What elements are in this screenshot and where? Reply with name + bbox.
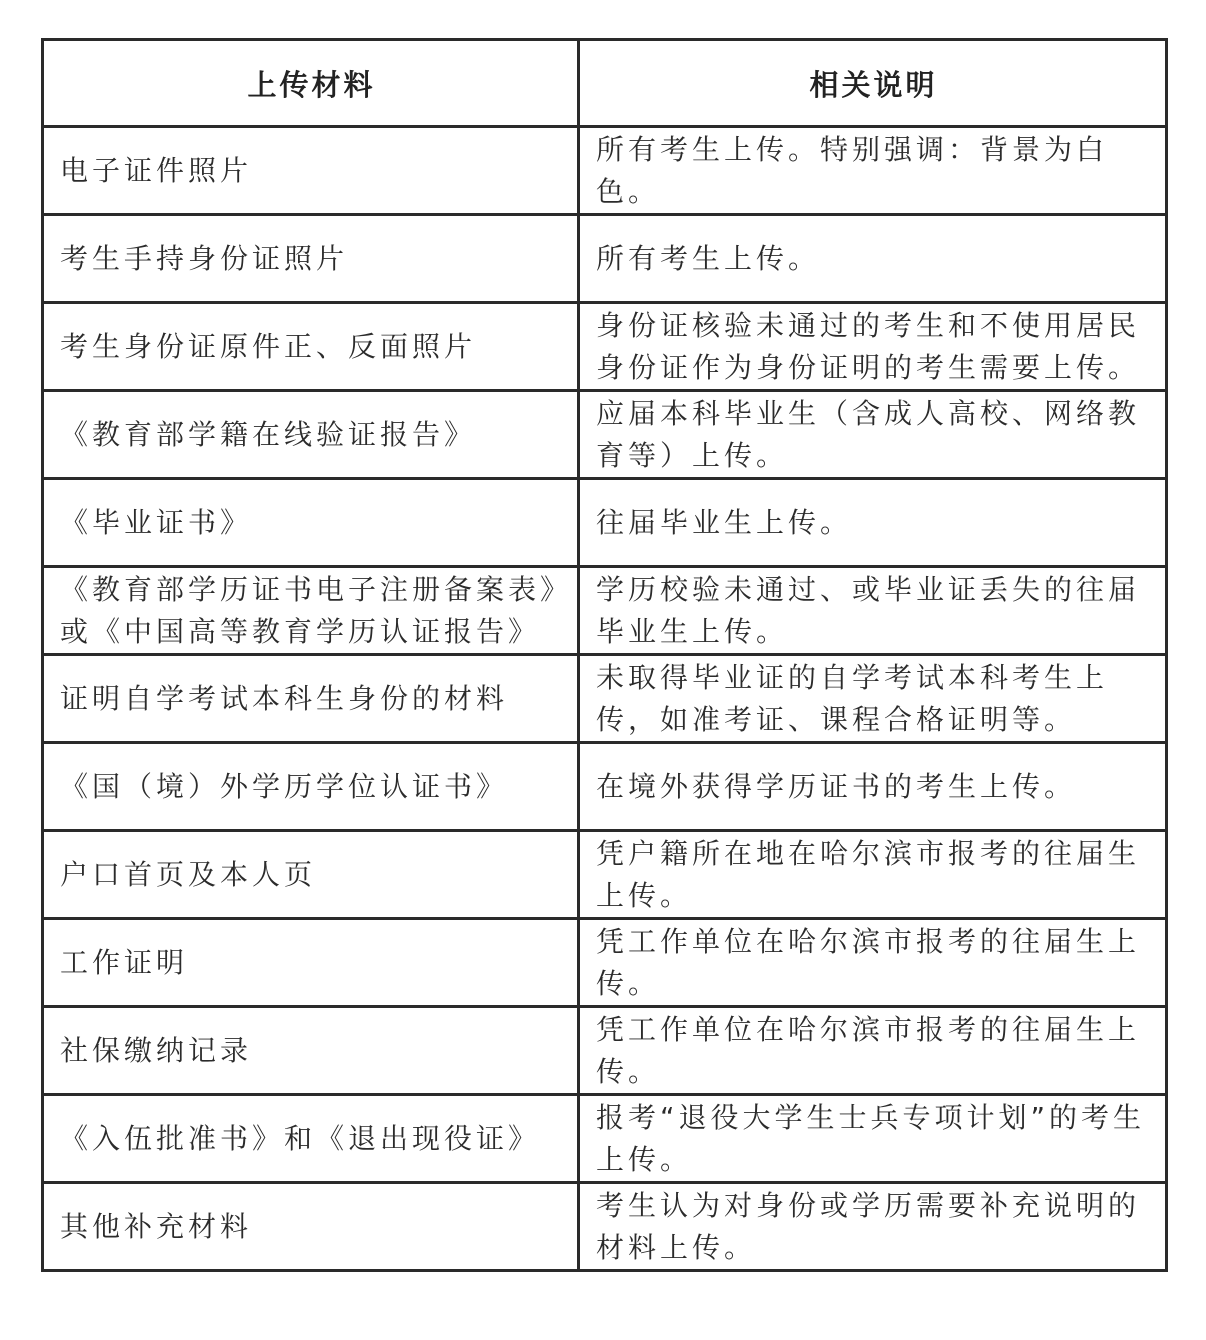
material-cell: 《教育部学历证书电子注册备案表》或《中国高等教育学历认证报告》	[43, 567, 579, 655]
table-row: 《毕业证书》 往届毕业生上传。	[43, 479, 1167, 567]
material-cell: 电子证件照片	[43, 127, 579, 215]
table-row: 《教育部学历证书电子注册备案表》或《中国高等教育学历认证报告》 学历校验未通过、…	[43, 567, 1167, 655]
material-cell: 社保缴纳记录	[43, 1007, 579, 1095]
table-header-row: 上传材料 相关说明	[43, 40, 1167, 127]
note-cell: 身份证核验未通过的考生和不使用居民身份证作为身份证明的考生需要上传。	[579, 303, 1167, 391]
note-cell: 报考“退役大学生士兵专项计划”的考生上传。	[579, 1095, 1167, 1183]
note-cell: 往届毕业生上传。	[579, 479, 1167, 567]
material-cell: 其他补充材料	[43, 1183, 579, 1271]
note-cell: 在境外获得学历证书的考生上传。	[579, 743, 1167, 831]
material-cell: 工作证明	[43, 919, 579, 1007]
material-cell: 证明自学考试本科生身份的材料	[43, 655, 579, 743]
note-cell: 凭户籍所在地在哈尔滨市报考的往届生上传。	[579, 831, 1167, 919]
table-row: 电子证件照片 所有考生上传。特别强调：背景为白色。	[43, 127, 1167, 215]
column-header-material: 上传材料	[43, 40, 579, 127]
note-cell: 所有考生上传。	[579, 215, 1167, 303]
material-cell: 《入伍批准书》和《退出现役证》	[43, 1095, 579, 1183]
table-row: 其他补充材料 考生认为对身份或学历需要补充说明的材料上传。	[43, 1183, 1167, 1271]
material-cell: 户口首页及本人页	[43, 831, 579, 919]
column-header-note: 相关说明	[579, 40, 1167, 127]
note-cell: 凭工作单位在哈尔滨市报考的往届生上传。	[579, 919, 1167, 1007]
material-cell: 《教育部学籍在线验证报告》	[43, 391, 579, 479]
table-row: 考生手持身份证照片 所有考生上传。	[43, 215, 1167, 303]
note-cell: 凭工作单位在哈尔滨市报考的往届生上传。	[579, 1007, 1167, 1095]
material-cell: 考生手持身份证照片	[43, 215, 579, 303]
note-cell: 未取得毕业证的自学考试本科考生上传，如准考证、课程合格证明等。	[579, 655, 1167, 743]
table-row: 考生身份证原件正、反面照片 身份证核验未通过的考生和不使用居民身份证作为身份证明…	[43, 303, 1167, 391]
table-row: 《教育部学籍在线验证报告》 应届本科毕业生（含成人高校、网络教育等）上传。	[43, 391, 1167, 479]
upload-materials-table: 上传材料 相关说明 电子证件照片 所有考生上传。特别强调：背景为白色。 考生手持…	[41, 38, 1168, 1272]
table-row: 证明自学考试本科生身份的材料 未取得毕业证的自学考试本科考生上传，如准考证、课程…	[43, 655, 1167, 743]
material-cell: 《国（境）外学历学位认证书》	[43, 743, 579, 831]
note-cell: 应届本科毕业生（含成人高校、网络教育等）上传。	[579, 391, 1167, 479]
table-row: 工作证明 凭工作单位在哈尔滨市报考的往届生上传。	[43, 919, 1167, 1007]
table-row: 社保缴纳记录 凭工作单位在哈尔滨市报考的往届生上传。	[43, 1007, 1167, 1095]
material-cell: 考生身份证原件正、反面照片	[43, 303, 579, 391]
table-row: 户口首页及本人页 凭户籍所在地在哈尔滨市报考的往届生上传。	[43, 831, 1167, 919]
note-cell: 学历校验未通过、或毕业证丢失的往届毕业生上传。	[579, 567, 1167, 655]
material-cell: 《毕业证书》	[43, 479, 579, 567]
note-cell: 考生认为对身份或学历需要补充说明的材料上传。	[579, 1183, 1167, 1271]
table-row: 《国（境）外学历学位认证书》 在境外获得学历证书的考生上传。	[43, 743, 1167, 831]
table-row: 《入伍批准书》和《退出现役证》 报考“退役大学生士兵专项计划”的考生上传。	[43, 1095, 1167, 1183]
note-cell: 所有考生上传。特别强调：背景为白色。	[579, 127, 1167, 215]
